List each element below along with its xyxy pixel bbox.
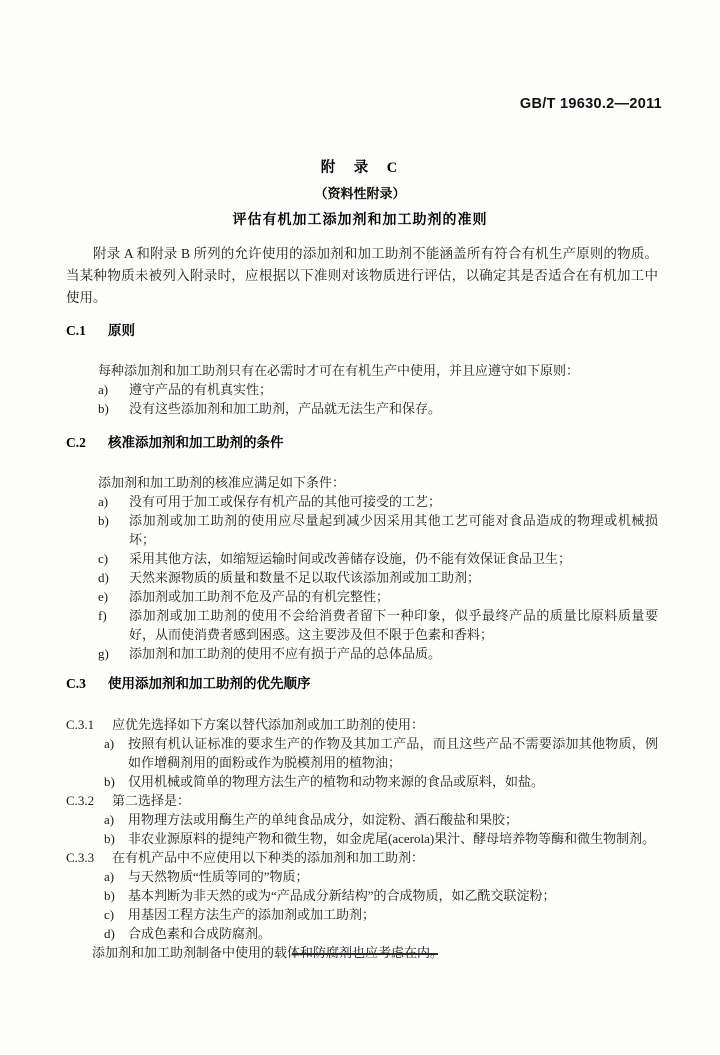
appendix-type-note: （资料性附录） xyxy=(0,183,720,202)
subsection-number: C.3.3 xyxy=(66,848,112,867)
list-item: b) 基本判断为非天然的或为“产品成分新结构”的合成物质，如乙酰交联淀粉； xyxy=(104,886,658,905)
item-marker: f) xyxy=(98,606,129,644)
item-marker: c) xyxy=(98,549,129,568)
c1-list: a) 遵守产品的有机真实性； b) 没有这些添加剂和加工助剂，产品就无法生产和保… xyxy=(66,380,658,418)
item-marker: b) xyxy=(104,886,128,905)
item-text: 基本判断为非天然的或为“产品成分新结构”的合成物质，如乙酰交联淀粉； xyxy=(128,886,658,905)
section-number: C.3 xyxy=(66,676,108,692)
item-marker: a) xyxy=(98,492,129,511)
appendix-header: 附 录 C （资料性附录） 评估有机加工添加剂和加工助剂的准则 xyxy=(0,156,720,229)
section-c2-heading: C.2核准添加剂和加工助剂的条件 xyxy=(66,435,658,451)
item-marker: b) xyxy=(104,829,128,848)
section-title: 原则 xyxy=(108,323,135,338)
subsection-lead: C.3.1 应优先选择如下方案以替代添加剂或加工助剂的使用： xyxy=(66,715,658,734)
subsection-lead: C.3.2 第二选择是： xyxy=(66,791,658,810)
subsection-number: C.3.1 xyxy=(66,715,112,734)
doc-number: GB/T 19630.2—2011 xyxy=(0,0,720,112)
list-item: c) 用基因工程方法生产的添加剂或加工助剂； xyxy=(104,905,658,924)
item-text: 添加剂和加工助剂的使用不应有损于产品的总体品质。 xyxy=(129,644,658,663)
list-item: d) 合成色素和合成防腐剂。 xyxy=(104,924,658,943)
c1-lead: 每种添加剂和加工助剂只有在必需时才可在有机生产中使用，并且应遵守如下原则： xyxy=(98,361,658,380)
item-marker: d) xyxy=(104,924,128,943)
item-text: 与天然物质“性质等同的”物质； xyxy=(128,867,658,886)
c2-lead: 添加剂和加工助剂的核准应满足如下条件： xyxy=(98,473,658,492)
list-item: d) 天然来源物质的质量和数量不足以取代该添加剂或加工助剂； xyxy=(98,568,658,587)
item-marker: a) xyxy=(104,734,128,772)
intro-paragraph: 附录 A 和附录 B 所列的允许使用的添加剂和加工助剂不能涵盖所有符合有机生产原… xyxy=(66,243,658,309)
item-text: 仅用机械或简单的物理方法生产的植物和动物来源的食品或原料，如盐。 xyxy=(128,772,658,791)
list-item: b) 仅用机械或简单的物理方法生产的植物和动物来源的食品或原料，如盐。 xyxy=(104,772,658,791)
item-text: 添加剂或加工助剂的使用不会给消费者留下一种印象，似乎最终产品的质量比原料质量要好… xyxy=(129,606,658,644)
item-text: 合成色素和合成防腐剂。 xyxy=(128,924,658,943)
item-text: 用基因工程方法生产的添加剂或加工助剂； xyxy=(128,905,658,924)
item-text: 没有可用于加工或保存有机产品的其他可接受的工艺； xyxy=(129,492,658,511)
list-item: a) 与天然物质“性质等同的”物质； xyxy=(104,867,658,886)
item-marker: a) xyxy=(104,810,128,829)
document-page: GB/T 19630.2—2011 附 录 C （资料性附录） 评估有机加工添加… xyxy=(0,0,720,1055)
item-text: 按照有机认证标准的要求生产的作物及其加工产品，而且这些产品不需要添加其他物质，例… xyxy=(128,734,658,772)
item-marker: a) xyxy=(104,867,128,886)
item-marker: d) xyxy=(98,568,129,587)
item-text: 天然来源物质的质量和数量不足以取代该添加剂或加工助剂； xyxy=(129,568,658,587)
item-text: 非农业源原料的提纯产物和微生物，如金虎尾(acerola)果汁、酵母培养物等酶和… xyxy=(128,829,658,848)
list-item: a) 遵守产品的有机真实性； xyxy=(98,380,658,399)
list-item: e) 添加剂或加工助剂不危及产品的有机完整性； xyxy=(98,587,658,606)
item-marker: g) xyxy=(98,644,129,663)
end-of-document-rule xyxy=(292,953,438,955)
list-item: f) 添加剂或加工助剂的使用不会给消费者留下一种印象，似乎最终产品的质量比原料质… xyxy=(98,606,658,644)
section-c3-heading: C.3使用添加剂和加工助剂的优先顺序 xyxy=(66,676,658,692)
list-item: a) 用物理方法或用酶生产的单纯食品成分，如淀粉、酒石酸盐和果胶； xyxy=(104,810,658,829)
document-body: 附录 A 和附录 B 所列的允许使用的添加剂和加工助剂不能涵盖所有符合有机生产原… xyxy=(66,243,658,962)
section-c1-heading: C.1原则 xyxy=(66,323,658,339)
subsection-c32: C.3.2 第二选择是： a) 用物理方法或用酶生产的单纯食品成分，如淀粉、酒石… xyxy=(66,791,658,848)
c2-list: a) 没有可用于加工或保存有机产品的其他可接受的工艺； b) 添加剂或加工助剂的… xyxy=(66,492,658,663)
item-text: 添加剂或加工助剂的使用应尽量起到减少因采用其他工艺可能对食品造成的物理或机械损坏… xyxy=(129,511,658,549)
list-item: b) 非农业源原料的提纯产物和微生物，如金虎尾(acerola)果汁、酵母培养物… xyxy=(104,829,658,848)
item-text: 采用其他方法，如缩短运输时间或改善储存设施，仍不能有效保证食品卫生； xyxy=(129,549,658,568)
item-marker: c) xyxy=(104,905,128,924)
item-text: 遵守产品的有机真实性； xyxy=(129,380,658,399)
appendix-label: 附 录 C xyxy=(0,156,720,177)
item-text: 用物理方法或用酶生产的单纯食品成分，如淀粉、酒石酸盐和果胶； xyxy=(128,810,658,829)
list-item: a) 按照有机认证标准的要求生产的作物及其加工产品，而且这些产品不需要添加其他物… xyxy=(104,734,658,772)
item-marker: e) xyxy=(98,587,129,606)
section-title: 使用添加剂和加工助剂的优先顺序 xyxy=(108,676,311,691)
subsection-number: C.3.2 xyxy=(66,791,112,810)
section-number: C.1 xyxy=(66,323,108,339)
item-marker: b) xyxy=(104,772,128,791)
subsection-lead-text: 第二选择是： xyxy=(112,791,658,810)
list-item: g) 添加剂和加工助剂的使用不应有损于产品的总体品质。 xyxy=(98,644,658,663)
item-text: 没有这些添加剂和加工助剂，产品就无法生产和保存。 xyxy=(129,399,658,418)
subsection-lead: C.3.3 在有机产品中不应使用以下种类的添加剂和加工助剂： xyxy=(66,848,658,867)
subsection-lead-text: 在有机产品中不应使用以下种类的添加剂和加工助剂： xyxy=(112,848,658,867)
item-marker: a) xyxy=(98,380,129,399)
item-marker: b) xyxy=(98,511,129,549)
item-text: 添加剂或加工助剂不危及产品的有机完整性； xyxy=(129,587,658,606)
section-title: 核准添加剂和加工助剂的条件 xyxy=(108,435,284,450)
subsection-c31: C.3.1 应优先选择如下方案以替代添加剂或加工助剂的使用： a) 按照有机认证… xyxy=(66,715,658,791)
appendix-title: 评估有机加工添加剂和加工助剂的准则 xyxy=(0,209,720,229)
list-item: b) 添加剂或加工助剂的使用应尽量起到减少因采用其他工艺可能对食品造成的物理或机… xyxy=(98,511,658,549)
subsection-c33: C.3.3 在有机产品中不应使用以下种类的添加剂和加工助剂： a) 与天然物质“… xyxy=(66,848,658,943)
list-item: a) 没有可用于加工或保存有机产品的其他可接受的工艺； xyxy=(98,492,658,511)
item-marker: b) xyxy=(98,399,129,418)
list-item: b) 没有这些添加剂和加工助剂，产品就无法生产和保存。 xyxy=(98,399,658,418)
list-item: c) 采用其他方法，如缩短运输时间或改善储存设施，仍不能有效保证食品卫生； xyxy=(98,549,658,568)
subsection-lead-text: 应优先选择如下方案以替代添加剂或加工助剂的使用： xyxy=(112,715,658,734)
section-number: C.2 xyxy=(66,435,108,451)
